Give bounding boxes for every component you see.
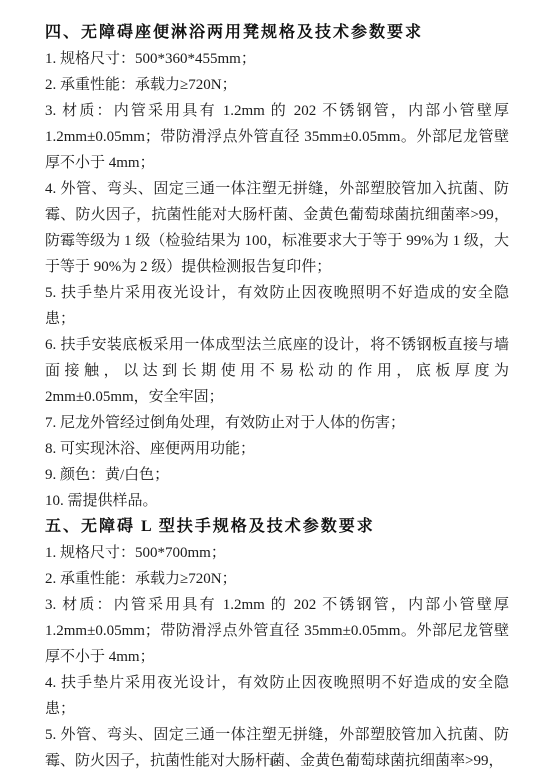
section-4-item-2: 2. 承重性能：承载力≥720N； (45, 72, 509, 98)
section-4-item-3: 3. 材质：内管采用具有 1.2mm 的 202 不锈钢管，内部小管壁厚 1.2… (45, 98, 509, 176)
section-4: 四、无障碍座便淋浴两用凳规格及技术参数要求 1. 规格尺寸：500*360*45… (45, 20, 509, 514)
section-4-item-7: 7. 尼龙外管经过倒角处理，有效防止对于人体的伤害； (45, 410, 509, 436)
page-number: 10 (0, 757, 547, 768)
section-5-item-2: 2. 承重性能：承载力≥720N； (45, 566, 509, 592)
section-4-item-1: 1. 规格尺寸：500*360*455mm； (45, 46, 509, 72)
section-5-item-4: 4. 扶手垫片采用夜光设计，有效防止因夜晚照明不好造成的安全隐患； (45, 670, 509, 722)
section-4-item-9: 9. 颜色：黄/白色； (45, 462, 509, 488)
section-5-item-3: 3. 材质：内管采用具有 1.2mm 的 202 不锈钢管，内部小管壁厚 1.2… (45, 592, 509, 670)
section-4-item-5: 5. 扶手垫片采用夜光设计，有效防止因夜晚照明不好造成的安全隐患； (45, 280, 509, 332)
section-4-heading: 四、无障碍座便淋浴两用凳规格及技术参数要求 (45, 20, 509, 46)
section-4-item-6: 6. 扶手安装底板采用一体成型法兰底座的设计，将不锈钢板直接与墙面接触，以达到长… (45, 332, 509, 410)
section-5-heading: 五、无障碍 L 型扶手规格及技术参数要求 (45, 514, 509, 540)
section-4-item-10: 10. 需提供样品。 (45, 488, 509, 514)
document-page: 四、无障碍座便淋浴两用凳规格及技术参数要求 1. 规格尺寸：500*360*45… (0, 0, 547, 784)
section-4-item-4: 4. 外管、弯头、固定三通一体注塑无拼缝，外部塑胶管加入抗菌、防霉、防火因子，抗… (45, 176, 509, 280)
section-5-item-1: 1. 规格尺寸：500*700mm； (45, 540, 509, 566)
section-5: 五、无障碍 L 型扶手规格及技术参数要求 1. 规格尺寸：500*700mm； … (45, 514, 509, 774)
section-4-item-8: 8. 可实现沐浴、座便两用功能； (45, 436, 509, 462)
